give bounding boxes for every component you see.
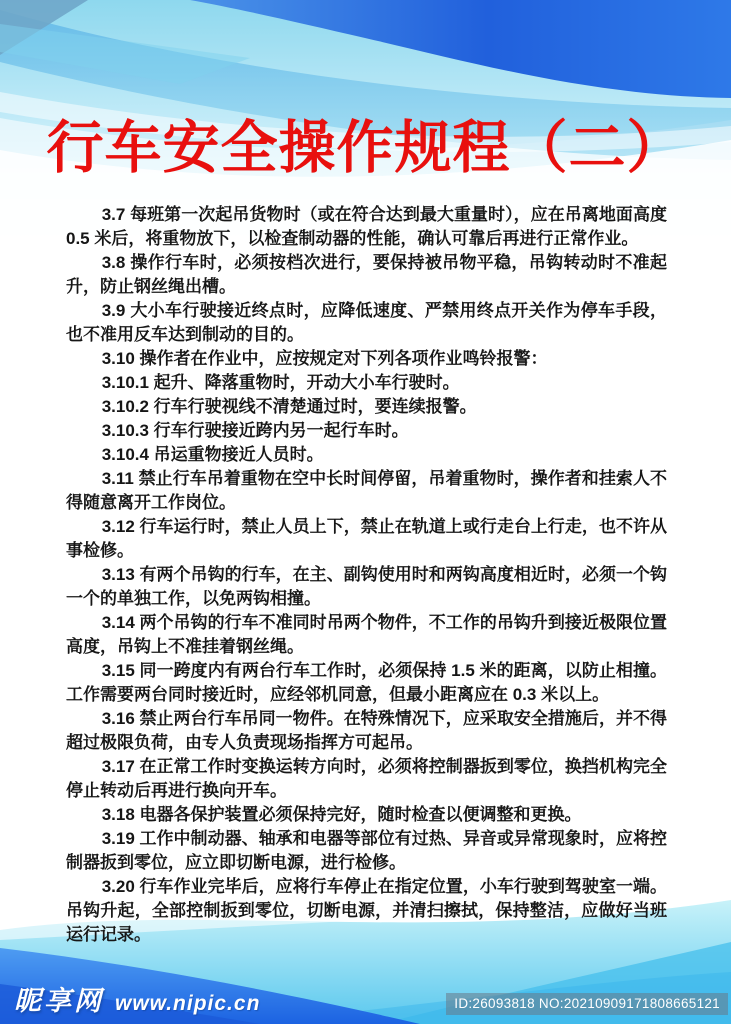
- site-watermark: 昵享网 www.nipic.cn: [14, 979, 260, 1018]
- rule-paragraph: 3.10.3 行车行驶接近跨内另一起行车时。: [66, 419, 667, 443]
- rule-paragraph: 3.18 电器各保护装置必须保持完好，随时检查以便调整和更换。: [66, 803, 667, 827]
- rules-text: 3.7 每班第一次起吊货物时（或在符合达到最大重量时），应在吊离地面高度 0.5…: [66, 203, 667, 947]
- site-url-text: www.nipic.cn: [115, 992, 260, 1016]
- rule-paragraph: 3.20 行车作业完毕后，应将行车停止在指定位置，小车行驶到驾驶室一端。吊钩升起…: [66, 875, 667, 947]
- rule-paragraph: 3.10.1 起升、降落重物时，开动大小车行驶时。: [66, 371, 667, 395]
- rule-paragraph: 3.13 有两个吊钩的行车，在主、副钩使用时和两钩高度相近时，必须一个钩一个的单…: [66, 563, 667, 611]
- rule-paragraph: 3.9 大小车行驶接近终点时，应降低速度、严禁用终点开关作为停车手段，也不准用反…: [66, 299, 667, 347]
- rule-paragraph: 3.19 工作中制动器、轴承和电器等部位有过热、异音或异常现象时，应将控制器扳到…: [66, 827, 667, 875]
- rule-paragraph: 3.10.4 吊运重物接近人员时。: [66, 443, 667, 467]
- rule-paragraph: 3.10 操作者在作业中，应按规定对下列各项作业鸣铃报警：: [66, 347, 667, 371]
- image-id-badge: ID:26093818 NO:20210909171808665121: [446, 993, 728, 1015]
- image-id-text: ID:26093818 NO:20210909171808665121: [454, 996, 720, 1011]
- rule-paragraph: 3.14 两个吊钩的行车不准同时吊两个物件，不工作的吊钩升到接近极限位置高度，吊…: [66, 611, 667, 659]
- rule-paragraph: 3.16 禁止两台行车吊同一物件。在特殊情况下，应采取安全措施后，并不得超过极限…: [66, 707, 667, 755]
- rule-paragraph: 3.7 每班第一次起吊货物时（或在符合达到最大重量时），应在吊离地面高度 0.5…: [66, 203, 667, 251]
- rule-paragraph: 3.10.2 行车行驶视线不清楚通过时，要连续报警。: [66, 395, 667, 419]
- poster-title: 行车安全操作规程（二）: [0, 102, 731, 184]
- safety-regulation-poster: 行车安全操作规程（二） 3.7 每班第一次起吊货物时（或在符合达到最大重量时），…: [0, 0, 731, 1024]
- rule-paragraph: 3.17 在正常工作时变换运转方向时，必须将控制器扳到零位，换挡机构完全停止转动…: [66, 755, 667, 803]
- site-logo-text: 昵享网: [14, 979, 104, 1018]
- rule-paragraph: 3.12 行车运行时，禁止人员上下，禁止在轨道上或行走台上行走，也不许从事检修。: [66, 515, 667, 563]
- rule-paragraph: 3.15 同一跨度内有两台行车工作时，必须保持 1.5 米的距离，以防止相撞。工…: [66, 659, 667, 707]
- rule-paragraph: 3.8 操作行车时，必须按档次进行，要保持被吊物平稳，吊钩转动时不准起升，防止钢…: [66, 251, 667, 299]
- rule-paragraph: 3.11 禁止行车吊着重物在空中长时间停留，吊着重物时，操作者和挂索人不得随意离…: [66, 467, 667, 515]
